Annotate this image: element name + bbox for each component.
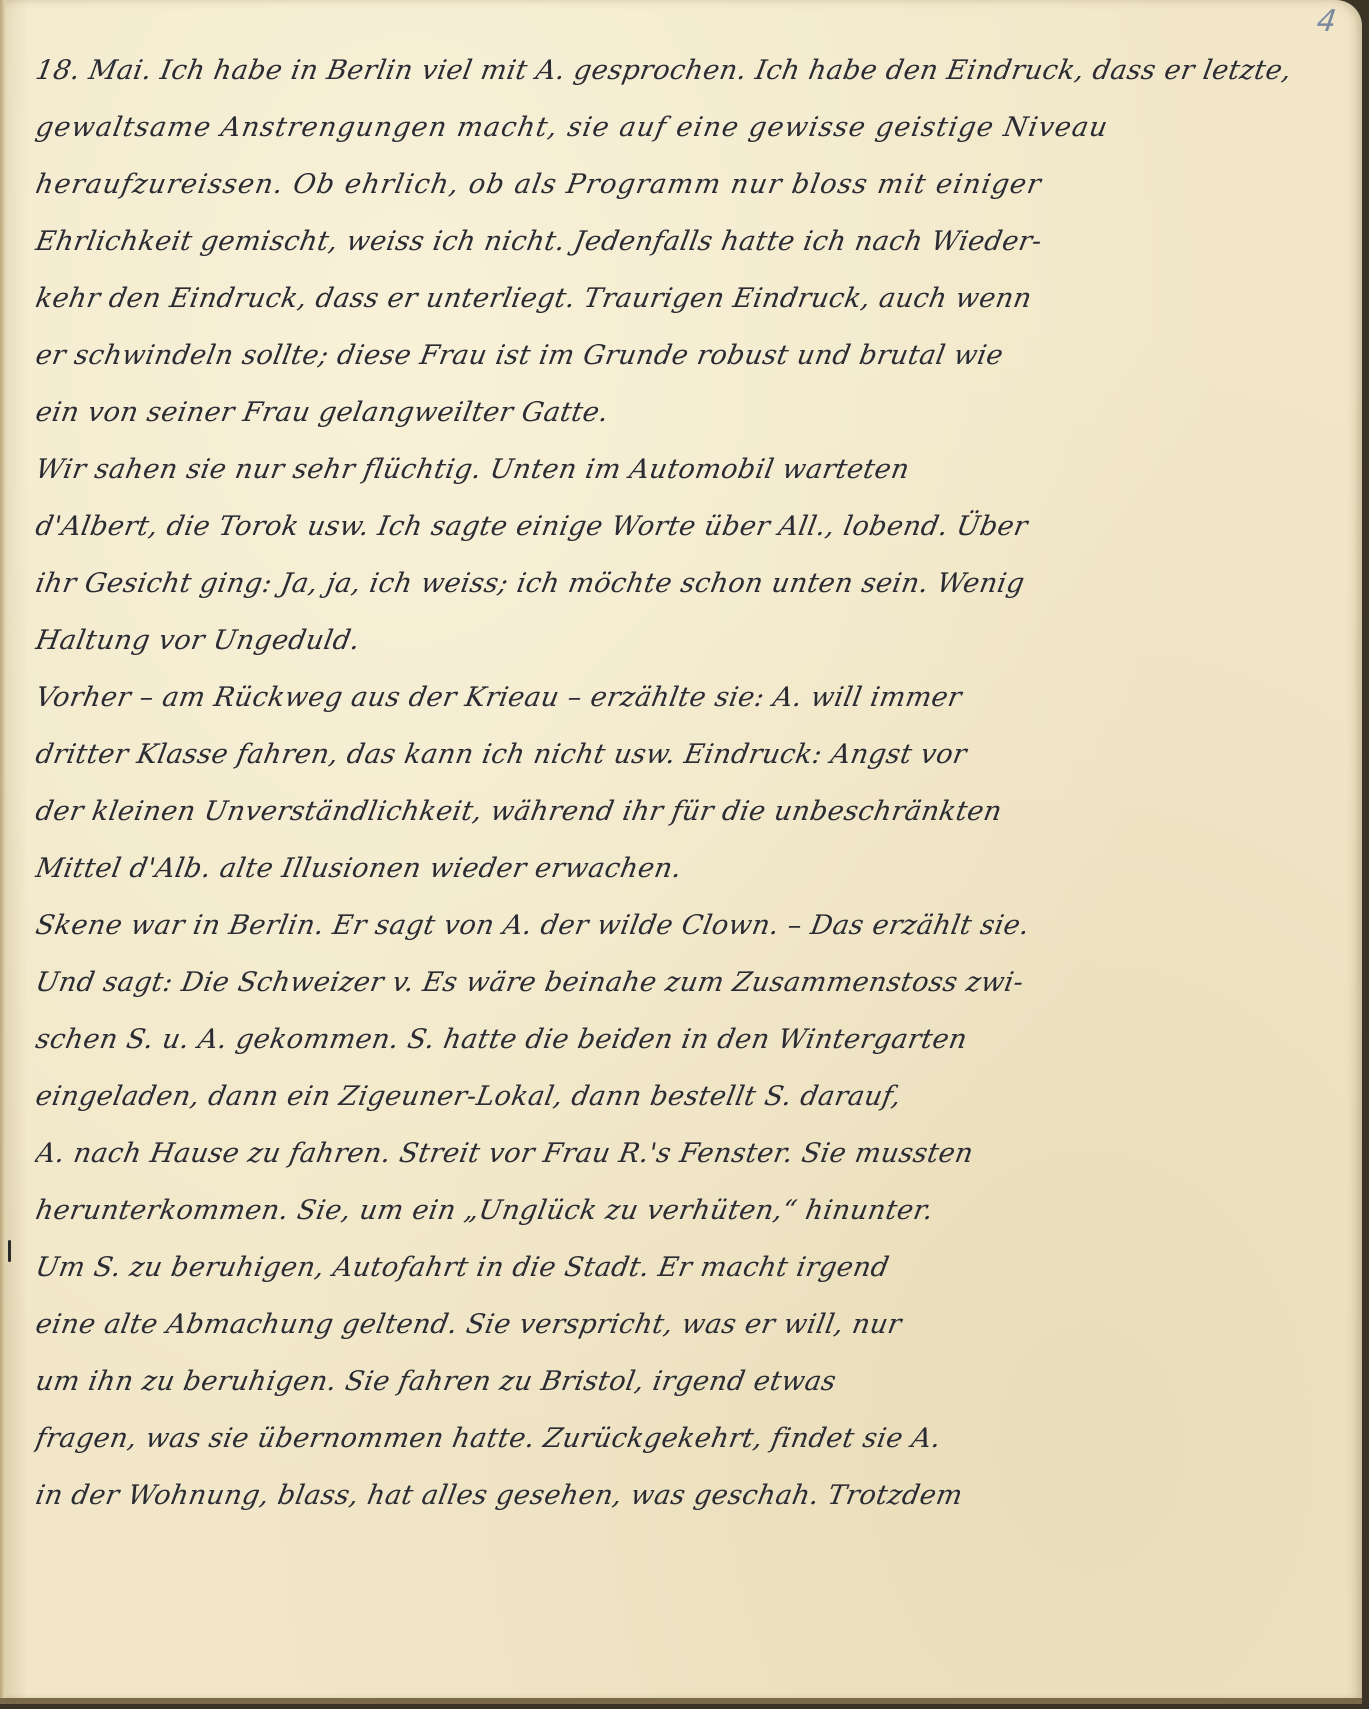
entry-line: in der Wohnung, blass, hat alles gesehen… bbox=[31, 1467, 1327, 1524]
entry-date: 18. Mai. bbox=[31, 42, 157, 99]
entry-line: eingeladen, dann ein Zigeuner-Lokal, dan… bbox=[31, 1068, 1327, 1125]
entry-line: fragen, was sie übernommen hatte. Zurück… bbox=[31, 1410, 1327, 1467]
entry-line: Wir sahen sie nur sehr flüchtig. Unten i… bbox=[31, 441, 1327, 498]
entry-line: herunterkommen. Sie, um ein „Unglück zu … bbox=[31, 1182, 1327, 1239]
entry-line: Und sagt: Die Schweizer v. Es wäre beina… bbox=[31, 954, 1327, 1011]
page-number: 4 bbox=[1314, 4, 1338, 39]
entry-line: Mittel d'Alb. alte Illusionen wieder erw… bbox=[31, 840, 1327, 897]
entry-line: 18. Mai. Ich habe in Berlin viel mit A. … bbox=[31, 42, 1327, 99]
entry-line: Ehrlichkeit gemischt, weiss ich nicht. J… bbox=[31, 213, 1327, 270]
entry-line: d'Albert, die Torok usw. Ich sagte einig… bbox=[31, 498, 1327, 555]
entry-line: kehr den Eindruck, dass er unterliegt. T… bbox=[31, 270, 1327, 327]
entry-line: gewaltsame Anstrengungen macht, sie auf … bbox=[31, 99, 1327, 156]
entry-line-text: Ich habe in Berlin viel mit A. gesproche… bbox=[158, 55, 1294, 86]
entry-line: heraufzureissen. Ob ehrlich, ob als Prog… bbox=[31, 156, 1327, 213]
entry-line: schen S. u. A. gekommen. S. hatte die be… bbox=[31, 1011, 1327, 1068]
entry-line: Haltung vor Ungeduld. bbox=[31, 612, 1327, 669]
entry-line: ihr Gesicht ging: Ja, ja, ich weiss; ich… bbox=[31, 555, 1327, 612]
diary-page: 4 18. Mai. Ich habe in Berlin viel mit A… bbox=[0, 0, 1362, 1704]
entry-line: Um S. zu beruhigen, Autofahrt in die Sta… bbox=[31, 1239, 1327, 1296]
entry-line: A. nach Hause zu fahren. Streit vor Frau… bbox=[31, 1125, 1327, 1182]
entry-line: eine alte Abmachung geltend. Sie verspri… bbox=[31, 1296, 1327, 1353]
entry-line: Skene war in Berlin. Er sagt von A. der … bbox=[31, 897, 1327, 954]
entry-line: er schwindeln sollte; diese Frau ist im … bbox=[31, 327, 1327, 384]
entry-line: dritter Klasse fahren, das kann ich nich… bbox=[31, 726, 1327, 783]
entry-line: um ihn zu beruhigen. Sie fahren zu Brist… bbox=[31, 1353, 1327, 1410]
binding-edge bbox=[0, 0, 6, 1704]
entry-line: Vorher – am Rückweg aus der Krieau – erz… bbox=[31, 669, 1327, 726]
entry-line: der kleinen Unverständlichkeit, während … bbox=[31, 783, 1327, 840]
binding-mark bbox=[8, 1240, 11, 1262]
page-bottom-edge bbox=[0, 1698, 1362, 1704]
handwritten-entry: 18. Mai. Ich habe in Berlin viel mit A. … bbox=[36, 42, 1322, 1524]
entry-line: ein von seiner Frau gelangweilter Gatte. bbox=[31, 384, 1327, 441]
